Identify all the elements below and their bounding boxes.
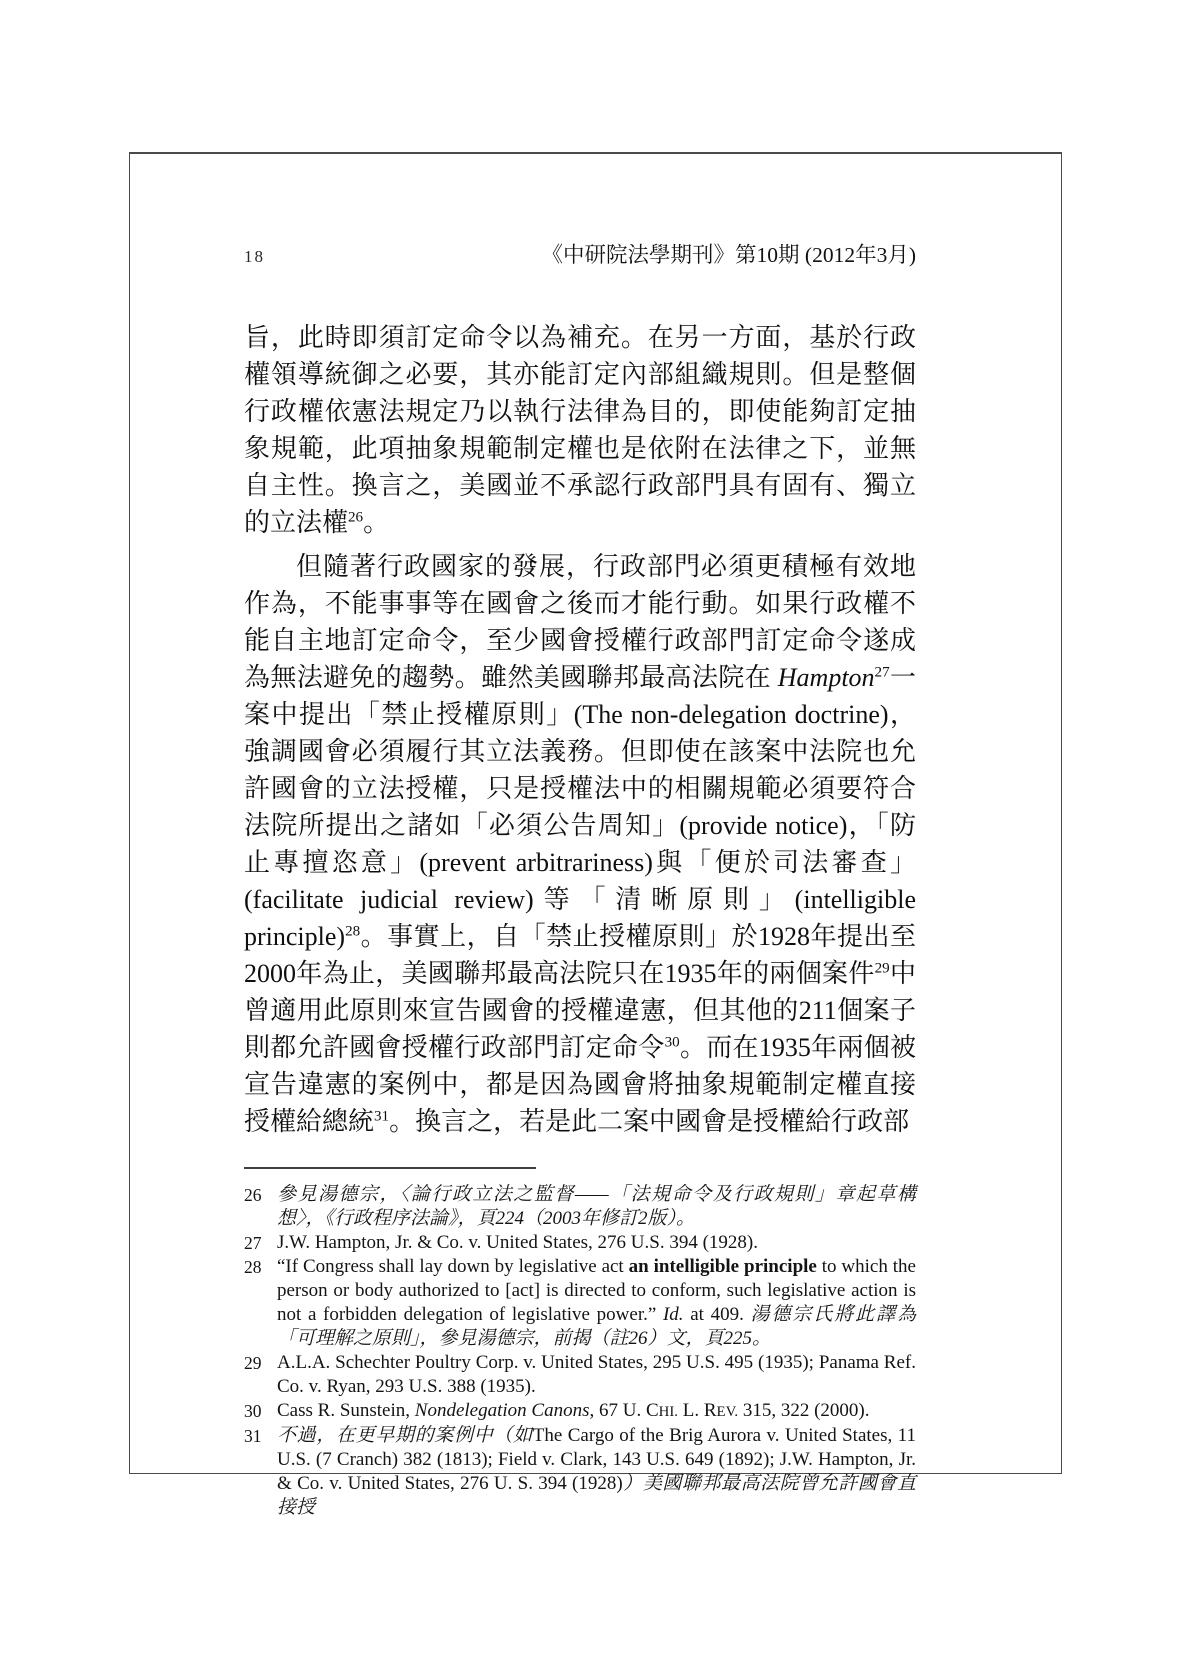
footnote-text: 參見湯德宗，〈論行政立法之監督——「法規命令及行政規則」章起草構想〉，《行政程序… [277,1183,916,1231]
footnote-text: Cass R. Sunstein, Nondelegation Canons, … [277,1399,916,1424]
footnotes-section: 26 參見湯德宗，〈論行政立法之監督——「法規命令及行政規則」章起草構想〉，《行… [244,1183,916,1520]
footnote-text: J.W. Hampton, Jr. & Co. v. United States… [277,1231,916,1255]
body-text: 旨，此時即須訂定命令以為補充。在另一方面，基於行政權領導統御之必要，其亦能訂定內… [244,319,916,1140]
page-frame: 18 《中研院法學期刊》第10期 (2012年3月) 旨，此時即須訂定命令以為補… [129,152,1062,1474]
paragraph: 但隨著行政國家的發展，行政部門必須更積極有效地作為，不能事事等在國會之後而才能行… [244,548,916,1140]
footnote: 26 參見湯德宗，〈論行政立法之監督——「法規命令及行政規則」章起草構想〉，《行… [244,1183,916,1231]
paragraph-continuation: 旨，此時即須訂定命令以為補充。在另一方面，基於行政權領導統御之必要，其亦能訂定內… [244,319,916,541]
document-canvas: 18 《中研院法學期刊》第10期 (2012年3月) 旨，此時即須訂定命令以為補… [0,0,1177,1664]
footnote-number: 29 [244,1351,277,1399]
footnote: 30 Cass R. Sunstein, Nondelegation Canon… [244,1399,916,1424]
footnote-number: 28 [244,1255,277,1351]
footnote-text: “If Congress shall lay down by legislati… [277,1255,916,1351]
footnote-number: 30 [244,1399,277,1424]
page-content: 18 《中研院法學期刊》第10期 (2012年3月) 旨，此時即須訂定命令以為補… [130,154,1061,1520]
footnote-separator [244,1167,536,1169]
page-header: 18 《中研院法學期刊》第10期 (2012年3月) [244,238,916,269]
footnote: 27 J.W. Hampton, Jr. & Co. v. United Sta… [244,1231,916,1255]
page-number: 18 [244,247,265,267]
footnote: 29 A.L.A. Schechter Poultry Corp. v. Uni… [244,1351,916,1399]
journal-title: 《中研院法學期刊》第10期 (2012年3月) [542,238,916,269]
footnote-text: 不過，在更早期的案例中（如The Cargo of the Brig Auror… [277,1424,916,1520]
footnote-number: 31 [244,1424,277,1520]
footnote-number: 27 [244,1231,277,1255]
footnote-text: A.L.A. Schechter Poultry Corp. v. United… [277,1351,916,1399]
footnote: 31 不過，在更早期的案例中（如The Cargo of the Brig Au… [244,1424,916,1520]
footnote: 28 “If Congress shall lay down by legisl… [244,1255,916,1351]
footnote-number: 26 [244,1183,277,1231]
